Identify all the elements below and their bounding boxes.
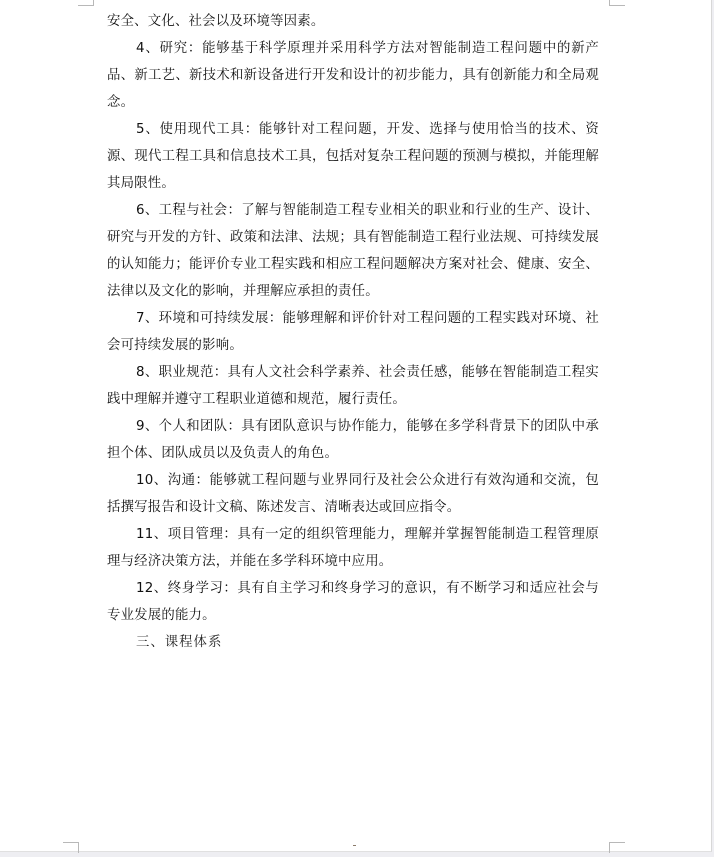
paragraph-item-10-communication: 10、沟通：能够就工程问题与业界同行及社会公众进行有效沟通和交流，包括撰写报告和… <box>107 467 599 521</box>
paragraph-item-6-engineering-society: 6、工程与社会：了解与智能制造工程专业相关的职业和行业的生产、设计、研究与开发的… <box>107 197 599 305</box>
paragraph-item-8-professional-norms: 8、职业规范：具有人文社会科学素养、社会责任感，能够在智能制造工程实践中理解并遵… <box>107 359 599 413</box>
document-body[interactable]: 安全、文化、社会以及环境等因素。 4、研究：能够基于科学原理并采用科学方法对智能… <box>107 8 599 656</box>
paragraph-continuation: 安全、文化、社会以及环境等因素。 <box>107 8 599 35</box>
document-page: 安全、文化、社会以及环境等因素。 4、研究：能够基于科学原理并采用科学方法对智能… <box>0 0 712 852</box>
paragraph-item-4-research: 4、研究：能够基于科学原理并采用科学方法对智能制造工程问题中的新产品、新工艺、新… <box>107 35 599 116</box>
section-heading-curriculum: 三、课程体系 <box>107 629 599 656</box>
paragraph-item-7-environment: 7、环境和可持续发展：能够理解和评价针对工程问题的工程实践对环境、社会可持续发展… <box>107 305 599 359</box>
paragraph-item-11-project-management: 11、项目管理：具有一定的组织管理能力，理解并掌握智能制造工程管理原理与经济决策… <box>107 521 599 575</box>
crop-mark-bottom-left <box>63 842 79 853</box>
paragraph-item-5-modern-tools: 5、使用现代工具：能够针对工程问题，开发、选择与使用恰当的技术、资源、现代工程工… <box>107 116 599 197</box>
crop-mark-top-left <box>78 0 94 6</box>
crop-mark-bottom-right <box>609 842 625 853</box>
crop-mark-top-right <box>609 0 625 6</box>
paragraph-item-12-lifelong-learning: 12、终身学习：具有自主学习和终身学习的意识，有不断学习和适应社会与专业发展的能… <box>107 575 599 629</box>
page-break-mark <box>353 845 356 846</box>
paragraph-item-9-teamwork: 9、个人和团队：具有团队意识与协作能力，能够在多学科背景下的团队中承担个体、团队… <box>107 413 599 467</box>
